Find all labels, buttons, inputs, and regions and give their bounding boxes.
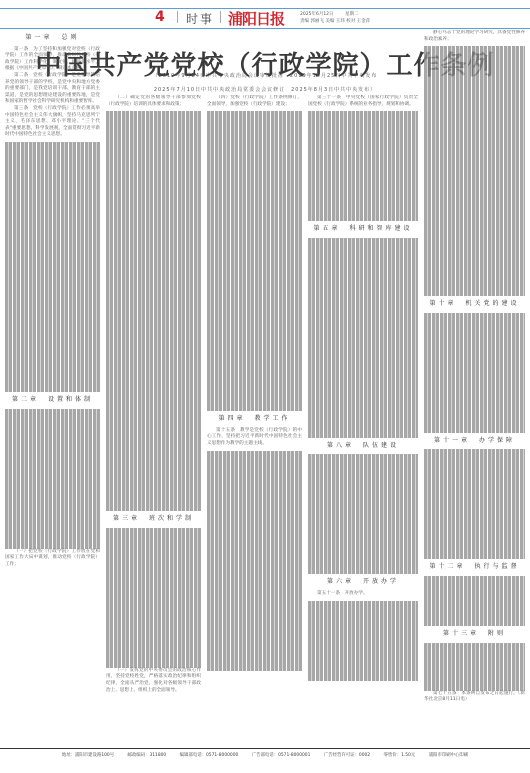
chapter-heading: 第二章 设置和体制 <box>5 397 100 404</box>
body-text-block <box>207 451 302 671</box>
article-column-5: 静心笃志于党的理论学习研究，具备党性修养和政治素养； 第十章 机关党的建设 第十… <box>424 30 525 742</box>
body-text-block <box>424 449 525 559</box>
footer-postcode: 邮政编码：311800 <box>128 753 167 758</box>
article-paragraph: 第七十五条 本条例自发布之日起施行。（新华社北京8月11日电） <box>424 691 525 704</box>
issue-editors: 责编 郭丽飞 美编 王玮 校对 王金萍 <box>300 19 370 24</box>
footer-newsroom-phone: 编辑部电话：0571-8000000 <box>180 753 239 758</box>
article-paragraph: 第十五条 教学是党校（行政学院）的中心工作，坚持把习近平新时代中国特色社会主义思… <box>207 428 302 448</box>
body-text-block <box>106 111 201 511</box>
article-paragraph: （四）党校（行政学院）工作条例修订，全面领导，加强党校（行政学院）建设； <box>207 95 302 108</box>
newspaper-masthead: 浦阳日报 <box>228 8 284 29</box>
body-text-block <box>424 313 525 433</box>
chapter-heading: 第十三章 附则 <box>424 631 525 638</box>
article-column-1: 第一章 总则 第一条 为了坚持和加强党对党校（行政学院）工作的全面领导，推动新时… <box>5 30 100 742</box>
header-divider <box>177 11 178 23</box>
body-text-block <box>207 111 302 411</box>
body-text-block <box>424 576 525 626</box>
issue-weekday: 星期二 <box>345 12 359 17</box>
header-divider <box>220 11 221 23</box>
article-column-4: 第三十一条 中央党校（国家行政学院）负责全国党校（行政学院）系统的业务指导，规划… <box>308 95 418 742</box>
page-number: 4 <box>155 9 165 25</box>
section-name: 时事 <box>186 10 214 27</box>
page-header: 4 时事 浦阳日报 2025年6月12日 星期二 责编 郭丽飞 美编 王玮 校对… <box>0 0 530 30</box>
body-text-block <box>308 601 418 681</box>
body-text-block <box>5 409 100 549</box>
article-body: 第一章 总则 第一条 为了坚持和加强党对党校（行政学院）工作的全面领导，推动新时… <box>5 30 525 742</box>
article-column-2: （二）确定党的各级领导干部参加党校（行政学院）培训的具体要求和政策； 第三章 班… <box>106 95 201 742</box>
body-text-block <box>106 528 201 668</box>
body-text-block <box>308 238 418 438</box>
chapter-heading: 第十二章 执行与监督 <box>424 564 525 571</box>
footer-license: 广告经营许可证：0002 <box>324 753 370 758</box>
footer-price: 零售价：1.50元 <box>384 753 416 758</box>
page-footer: 地址：浦阳市建设路100号 邮政编码：311800 编辑部电话：0571-800… <box>0 752 530 758</box>
article-column-3: （四）党校（行政学院）工作条例修订，全面领导，加强党校（行政学院）建设； 第四章… <box>207 95 302 742</box>
body-text-block <box>424 643 525 691</box>
article-paragraph: 第三十一条 中央党校（国家行政学院）负责全国党校（行政学院）系统的业务指导，规划… <box>308 95 418 108</box>
chapter-heading: 第四章 教学工作 <box>207 416 302 423</box>
chapter-heading: 第六章 开放办学 <box>308 579 418 586</box>
footer-ad-phone: 广告部电话：0571-8000001 <box>252 753 311 758</box>
chapter-heading: 第三章 班次和学制 <box>106 516 201 523</box>
body-text-block <box>308 454 418 574</box>
article-paragraph: （一）发挥党的中央委员会的政治核心作用，坚持党校姓党，严格落实政治纪律和组织纪律… <box>106 668 201 694</box>
article-paragraph: 第五十一条 开放办学。 <box>308 591 418 598</box>
footer-printer: 浦阳市印刷中心印刷 <box>429 753 469 758</box>
body-text-block <box>5 142 100 392</box>
body-text-block <box>308 111 418 221</box>
chapter-heading: 第一章 总则 <box>5 35 100 42</box>
article-paragraph: （二）确定党的各级领导干部参加党校（行政学院）培训的具体要求和政策； <box>106 95 201 108</box>
header-bottom-rule <box>0 28 530 29</box>
body-text-block <box>424 46 525 296</box>
issue-info: 2025年6月12日 星期二 责编 郭丽飞 美编 王玮 校对 王金萍 <box>300 11 380 25</box>
article-paragraph: 第一条 为了坚持和加强党对党校（行政学院）工作的全面领导，推动新时代党校（行政学… <box>5 47 100 73</box>
footer-rule <box>0 748 530 749</box>
chapter-heading: 第十章 机关党的建设 <box>424 301 525 308</box>
article-paragraph: 第二条 党校（行政学院）是党领导的培养党的领导干部的学校，是党中央和地方党委的重… <box>5 73 100 106</box>
chapter-heading: 第五章 科研和智库建设 <box>308 226 418 233</box>
chapter-heading: 第十一章 办学保障 <box>424 438 525 445</box>
footer-address: 地址：浦阳市建设路100号 <box>62 753 114 758</box>
chapter-heading: 第八章 队伍建设 <box>308 443 418 450</box>
article-paragraph: 第三条 党校（行政学院）工作必须高举中国特色社会主义伟大旗帜，坚持马克思列宁主义… <box>5 106 100 139</box>
issue-date: 2025年6月12日 <box>300 12 334 17</box>
article-paragraph: 静心笃志于党的理论学习研究，具备党性修养和政治素养； <box>424 30 525 43</box>
article-paragraph: （一）把党校（行政学院）工作放在党和国家工作大局中谋划，推动党校（行政学院）工作… <box>5 549 100 569</box>
